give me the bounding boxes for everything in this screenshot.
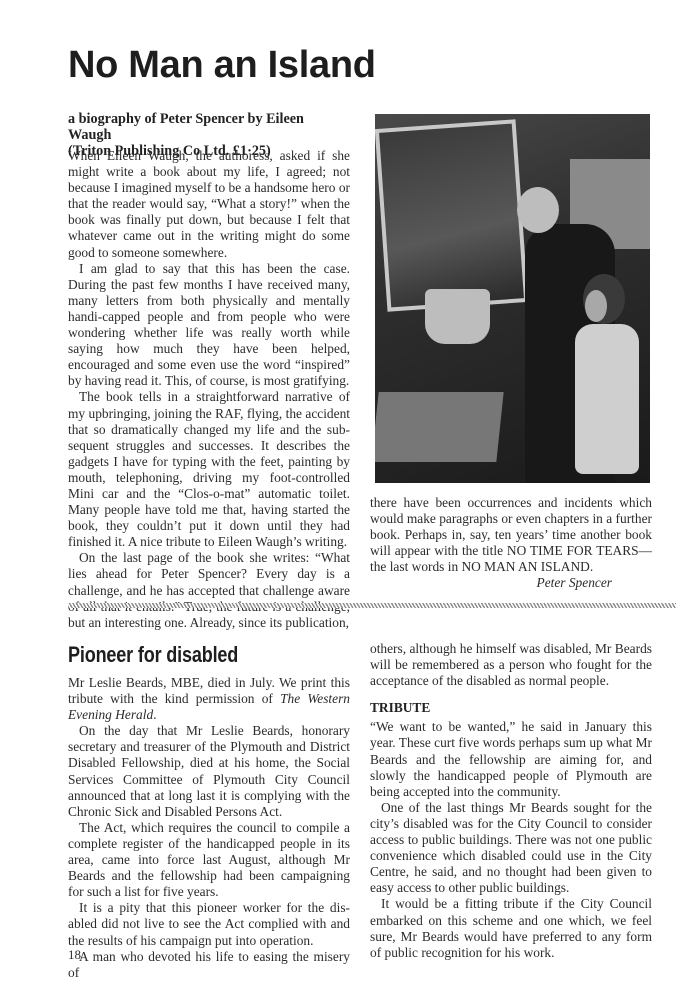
paragraph: there have been occurrences and incident… xyxy=(370,495,652,575)
article1-column-2: there have been occurrences and incident… xyxy=(370,495,652,592)
article-title: No Man an Island xyxy=(68,46,376,84)
photo-painting xyxy=(375,119,528,311)
section-heading: TRIBUTE xyxy=(370,700,652,716)
article2-column-2: others, although he himself was disabled… xyxy=(370,641,652,961)
paragraph: One of the last things Mr Beards sought … xyxy=(370,800,652,897)
page-number: 18 xyxy=(68,947,81,963)
text-run: . xyxy=(153,707,156,722)
photo-artist-at-easel xyxy=(375,114,650,483)
signature: Peter Spencer xyxy=(370,575,652,591)
article1-column-1: When Eileen Waugh, the authoress, asked … xyxy=(68,148,350,631)
photo-girl-face xyxy=(585,290,607,322)
magazine-page: No Man an Island a biography of Peter Sp… xyxy=(0,0,690,997)
subhead-line-1: a biography of Peter Spencer by Eileen W… xyxy=(68,111,350,143)
paragraph: The book tells in a straightforward narr… xyxy=(68,389,350,550)
paragraph: On the day that Mr Leslie Beards, honora… xyxy=(68,723,350,820)
photo-man-head xyxy=(517,187,559,233)
zigzag-divider xyxy=(68,603,676,608)
paragraph: When Eileen Waugh, the authoress, asked … xyxy=(68,148,350,261)
intro-paragraph: Mr Leslie Beards, MBE, died in July. We … xyxy=(68,675,350,723)
paragraph: On the last page of the book she writes:… xyxy=(68,550,350,630)
paragraph: It is a pity that this pioneer worker fo… xyxy=(68,900,350,948)
photo-girl xyxy=(575,324,639,474)
article2-title: Pioneer for disabled xyxy=(68,644,238,666)
paragraph: The Act, which requires the council to c… xyxy=(68,820,350,900)
paragraph: It would be a fitting tribute if the Cit… xyxy=(370,896,652,960)
paragraph: others, although he himself was disabled… xyxy=(370,641,652,689)
photo-table xyxy=(375,392,504,462)
text-run: A man who devoted his life to easing the… xyxy=(68,949,350,980)
paragraph: A man who devoted his life to easing the… xyxy=(68,949,350,981)
article2-column-1: Mr Leslie Beards, MBE, died in July. We … xyxy=(68,675,350,981)
photo-cloth xyxy=(425,289,490,344)
paragraph: I am glad to say that this has been the … xyxy=(68,261,350,390)
paragraph: “We want to be wanted,” he said in Janua… xyxy=(370,719,652,799)
